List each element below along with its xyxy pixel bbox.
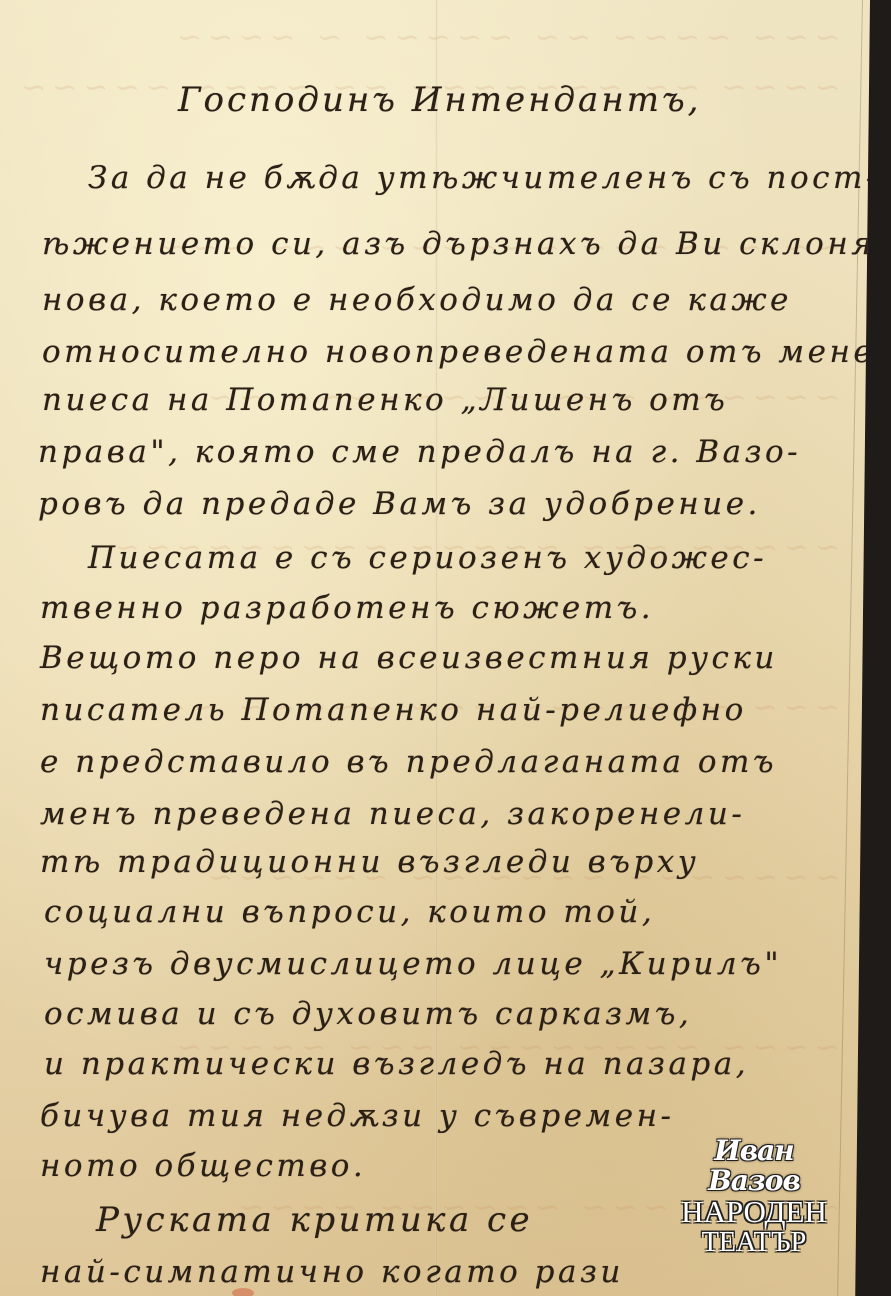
- national-theatre-logo: Иван Вазов НАРОДЕН ТЕАТЪР: [668, 1136, 840, 1258]
- letter-line: За да не бѫда утѣжчителенъ съ пост-: [88, 160, 880, 196]
- bleed-through-text: ~~~ ~~~~ ~~ ~~~~~ ~ ~~~~: [0, 20, 840, 55]
- letter-line: социални въпроси, които той,: [44, 894, 655, 930]
- letter-line: най-симпатично когато рази: [40, 1254, 624, 1290]
- letter-line: ровъ да предаде Вамъ за удобрение.: [38, 486, 761, 522]
- letter-line: ното общество.: [40, 1148, 366, 1184]
- letter-line: бичува тия недѫзи у съвремен-: [40, 1098, 674, 1134]
- letter-line: пиеса на Потапенко „Лишенъ отъ: [42, 382, 728, 418]
- letter-line: относително новопреведената отъ мене: [42, 334, 875, 370]
- letter-line: менъ преведена пиеса, закоренели-: [40, 796, 745, 832]
- letter-line: ѣжението си, азъ дързнахъ да Ви склоня: [42, 226, 875, 262]
- logo-text-teatar: ТЕАТЪР: [668, 1228, 840, 1258]
- letter-line: и практически възгледъ на пазара,: [44, 1046, 749, 1082]
- letter-page: ~~~ ~~~~ ~~ ~~~~~ ~ ~~~~ ~~~~ ~~ ~~~~~~~…: [0, 0, 870, 1296]
- letter-line: нова, което е необходимо да се каже: [42, 282, 792, 318]
- letter-line: твенно разработенъ сюжетъ.: [40, 590, 654, 626]
- logo-text-naroden: НАРОДЕН: [668, 1196, 840, 1228]
- salutation: Господинъ Интендантъ,: [178, 80, 701, 120]
- letter-line: Вещото перо на всеизвестния руски: [40, 640, 778, 676]
- letter-line: чрезъ двусмислицето лице „Кирилъ": [44, 946, 782, 982]
- logo-script-ivan-vazov: Иван Вазов: [668, 1136, 840, 1196]
- letter-line: права", която сме предалъ на г. Вазо-: [38, 434, 801, 470]
- letter-line: е представило въ предлаганата отъ: [40, 744, 777, 780]
- letter-line: тѣ традиционни възгледи върху: [40, 844, 699, 880]
- letter-line: писатель Потапенко най-релиефно: [40, 692, 747, 728]
- letter-line: осмива и съ духовитъ сарказмъ,: [44, 996, 692, 1032]
- ink-stain: [232, 1288, 254, 1296]
- letter-line: Руската критика се: [96, 1200, 533, 1240]
- letter-line: Пиесата е съ сериозенъ художес-: [88, 540, 767, 576]
